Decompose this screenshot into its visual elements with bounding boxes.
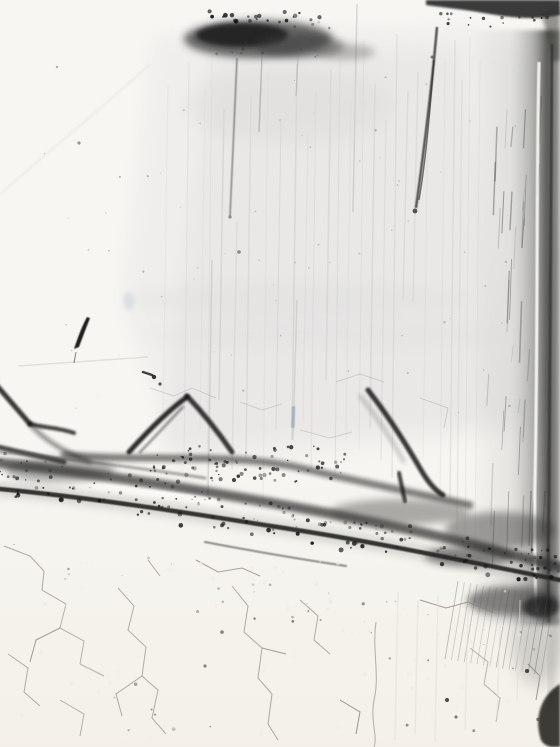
speckle-band — [259, 504, 261, 506]
speckle-band — [158, 505, 161, 508]
speckle-arch-base — [318, 460, 320, 462]
speckle-corner-edge — [439, 12, 442, 15]
speckle-band — [69, 486, 71, 488]
speckle-band — [436, 549, 439, 552]
speckle-band-dark — [178, 523, 183, 528]
speckle-field — [255, 210, 257, 212]
apex-dot-2 — [158, 382, 161, 385]
speckle-smudge — [314, 49, 316, 51]
speckle-band — [462, 541, 464, 543]
speckle-arch-base — [245, 452, 247, 454]
speckle-warm-bottom — [470, 640, 474, 644]
speckle-field — [98, 395, 99, 396]
speckle-band-dark — [59, 497, 64, 502]
speckle-band — [201, 491, 202, 492]
speckle-warm-bottom — [106, 675, 109, 678]
speckle-band — [361, 524, 363, 526]
speckle-band — [282, 507, 284, 509]
speckle-band — [194, 496, 196, 498]
speckle-band — [455, 555, 457, 557]
speckle-corner-edge — [450, 12, 453, 15]
speckle-arch-base — [211, 480, 213, 482]
speckle-arch-base — [321, 467, 323, 469]
speckle-smudge — [242, 47, 245, 50]
speckle-corner-edge — [468, 24, 470, 26]
speckle-field — [213, 351, 214, 352]
speckle-field — [425, 83, 427, 85]
speckle-bottom-dark — [291, 620, 294, 623]
speckle-field — [142, 270, 144, 272]
speckle-below-band — [484, 629, 485, 630]
speckle-field — [160, 173, 161, 174]
speckle-smudge — [328, 27, 331, 30]
speckle-corner-edge — [531, 16, 534, 19]
speckle-band — [204, 499, 206, 501]
speckle-field — [147, 175, 149, 177]
speckle-warm-bottom — [250, 566, 255, 571]
speckle-field — [294, 80, 295, 81]
speckle-top-edge — [248, 19, 251, 22]
speckle-warm-bottom — [43, 602, 47, 606]
speckle-band — [135, 485, 138, 488]
speckle-below-band — [364, 622, 365, 623]
speckle-below-band — [533, 648, 536, 651]
speckle-warm-bottom — [214, 605, 217, 608]
speckle-band — [380, 524, 384, 528]
speckle-warm-bottom — [336, 726, 340, 730]
speckle-band — [396, 546, 399, 549]
speckle-band-dark — [360, 544, 364, 548]
speckle-field — [329, 261, 331, 263]
speckle-band — [365, 522, 367, 524]
speckle-arch-base — [273, 447, 276, 450]
speckle-band — [391, 530, 394, 533]
speckle-top-edge — [257, 14, 261, 18]
speckle-warm-bottom — [293, 655, 296, 658]
speckle-band — [7, 475, 10, 478]
speckle-band — [245, 520, 248, 523]
speckle-arch-base — [193, 466, 197, 470]
speckle-field — [68, 217, 69, 218]
speckle-arch-base — [287, 460, 289, 462]
speckle-band-dark — [485, 572, 490, 577]
speckle-band-dark — [350, 547, 352, 549]
speckle-field — [294, 262, 296, 264]
speckle-top-edge — [278, 21, 281, 24]
speckle-field — [420, 163, 421, 164]
speckle-band — [292, 514, 294, 516]
speckle-corner-edge — [446, 12, 449, 15]
speckle-band — [380, 537, 384, 541]
speckle-field — [385, 76, 387, 78]
speckle-field — [483, 369, 484, 370]
speckle-smudge — [311, 39, 313, 41]
speckle-warm-bottom — [70, 681, 74, 685]
speckle-arch-base — [188, 450, 190, 452]
speckle-band-dark — [227, 527, 229, 529]
speckle-band-dark — [140, 510, 143, 513]
speckle-below-band — [253, 591, 254, 592]
stray-speck-7 — [431, 56, 434, 59]
speckle-band — [514, 548, 517, 551]
speckle-below-band — [64, 578, 66, 580]
speckle-arch-base — [157, 454, 158, 455]
speckle-band — [12, 475, 15, 478]
speckle-band — [25, 469, 28, 472]
speckle-band — [288, 507, 291, 510]
speckle-field — [309, 146, 311, 148]
stray-speck-5 — [455, 716, 458, 719]
speckle-band — [160, 507, 162, 509]
speckle-top-edge — [292, 16, 294, 18]
band-blob-left — [5, 458, 115, 482]
speckle-band — [488, 547, 491, 550]
speckle-field — [449, 318, 450, 319]
speckle-band — [208, 497, 210, 499]
speckle-field — [118, 355, 119, 356]
speckle-warm-bottom — [90, 566, 92, 568]
speckle-field — [180, 207, 181, 208]
speckle-warm-bottom — [108, 681, 112, 685]
speckle-arch-base — [165, 472, 167, 474]
speckle-arch-base — [262, 473, 266, 477]
speckle-arch-base — [222, 463, 226, 467]
speckle-bottom-dark — [512, 667, 514, 669]
speckle-warm-bottom — [456, 705, 459, 708]
speckle-warm-bottom — [410, 687, 413, 690]
speckle-bottom-dark — [154, 713, 156, 715]
speckle-below-band — [147, 557, 150, 560]
speckle-smudge — [231, 52, 233, 54]
speckle-arch-base — [208, 458, 211, 461]
speckle-band — [399, 538, 403, 542]
speckle-warm-bottom — [326, 607, 329, 610]
speckle-arch-base — [305, 454, 308, 457]
speckle-bottom-dark — [220, 630, 224, 634]
speckle-field — [242, 389, 244, 391]
speckle-band — [318, 522, 322, 526]
speckle-arch-base — [343, 458, 345, 460]
speckle-field — [317, 244, 319, 246]
speckle-band — [528, 553, 530, 555]
speckle-bottom-dark — [196, 610, 199, 613]
speckle-warm-bottom — [430, 713, 433, 716]
speckle-smudge — [214, 38, 216, 40]
speckle-arch-base — [271, 467, 275, 471]
speckle-field — [358, 253, 360, 255]
stray-speck-1 — [77, 141, 80, 144]
speckle-smudge — [261, 51, 264, 54]
speckle-field — [348, 370, 350, 372]
speckle-bottom-dark — [472, 729, 475, 732]
speckle-smudge — [272, 42, 274, 44]
speckle-smudge — [253, 30, 254, 31]
speckle-field — [464, 252, 465, 253]
speckle-band — [439, 547, 442, 550]
speckle-corner-edge — [470, 17, 472, 19]
speckle-field — [225, 253, 226, 254]
speckle-band-dark — [148, 512, 151, 515]
speckle-field — [505, 261, 507, 263]
speckle-arch-base — [244, 468, 247, 471]
speckle-arch-base — [316, 465, 320, 469]
speckle-smudge — [317, 54, 319, 56]
speckle-warm-bottom — [315, 581, 319, 585]
speckle-band — [375, 532, 378, 535]
speckle-below-band — [483, 644, 484, 645]
speckle-arch-base — [184, 461, 187, 464]
speckle-smudge — [311, 23, 314, 26]
speckle-band — [483, 549, 485, 551]
speckle-warm-bottom — [336, 561, 340, 565]
speckle-warm-bottom — [399, 614, 402, 617]
abstract-painting: monochrome abstract painting photograph — [0, 0, 560, 747]
speckle-arch-base — [259, 467, 262, 470]
speckle-below-band — [13, 544, 14, 545]
speckle-band — [257, 520, 258, 521]
speckle-field — [75, 139, 76, 140]
speckle-smudge — [215, 53, 218, 56]
speckle-band — [554, 555, 558, 559]
speckle-warm-bottom — [407, 671, 412, 676]
speckle-band — [323, 523, 327, 527]
speckle-band-dark — [98, 499, 102, 503]
speckle-field — [515, 125, 516, 126]
speckle-top-edge — [285, 19, 289, 23]
speckle-field — [275, 300, 276, 301]
speckle-arch-base — [162, 466, 165, 469]
speckle-band — [519, 564, 523, 568]
speckle-band-dark — [549, 575, 554, 580]
speckle-band — [217, 498, 221, 502]
speckle-arch-base — [321, 461, 325, 465]
speckle-top-edge — [210, 15, 214, 19]
stray-speck-3 — [237, 250, 241, 254]
speckle-warm-bottom — [503, 625, 505, 627]
speckle-bottom-dark — [253, 617, 255, 619]
speckle-smudge — [277, 25, 278, 26]
speckle-warm-bottom — [81, 588, 83, 590]
speckle-arch-base — [269, 472, 272, 475]
speckle-warm-bottom — [168, 568, 173, 573]
speckle-warm-bottom — [279, 649, 281, 651]
speckle-top-edge — [317, 15, 321, 19]
speckle-field — [161, 296, 163, 298]
speckle-arch-base — [189, 452, 193, 456]
speckle-warm-bottom — [328, 599, 332, 603]
speckle-smudge — [317, 21, 319, 23]
speckle-band — [384, 531, 387, 534]
speckle-field — [183, 109, 185, 111]
speckle-band-dark — [213, 526, 216, 529]
speckle-band — [167, 505, 170, 508]
speckle-band — [293, 518, 295, 520]
speckle-arch-base — [216, 465, 219, 468]
speckle-corner-edge — [518, 16, 521, 19]
stray-speck-6 — [525, 669, 529, 673]
speckle-arch-base — [210, 449, 212, 451]
speckle-band — [20, 462, 22, 464]
speckle-band — [329, 521, 331, 523]
speckle-arch-base — [198, 445, 201, 448]
speckle-band — [420, 550, 422, 552]
speckle-band — [408, 524, 412, 528]
speckle-bottom-dark — [114, 697, 116, 699]
speckle-arch-base — [172, 459, 175, 462]
speckle-field — [273, 285, 274, 286]
speckle-field — [119, 176, 121, 178]
speckle-field — [105, 212, 106, 213]
speckle-below-band — [122, 575, 123, 576]
speckle-band — [139, 478, 143, 482]
speckle-band — [119, 491, 123, 495]
speckle-below-band — [68, 573, 70, 575]
speckle-band — [409, 530, 412, 533]
speckle-arch-base — [219, 477, 223, 481]
speckle-warm-bottom — [274, 566, 277, 569]
speckle-smudge — [293, 25, 296, 28]
speckle-field — [359, 160, 361, 162]
speckle-bottom-dark — [151, 709, 153, 711]
speckle-field — [501, 322, 502, 323]
speckle-below-band — [306, 603, 307, 604]
speckle-top-edge — [266, 19, 268, 21]
speckle-field — [302, 135, 303, 136]
speckle-top-edge — [208, 9, 212, 13]
speckle-band-dark — [17, 490, 20, 493]
speckle-warm-bottom — [443, 665, 446, 668]
speckle-band — [521, 553, 522, 554]
faint-horizontal-wash-2 — [140, 321, 500, 349]
speckle-warm-bottom — [39, 650, 44, 655]
speckle-arch-base — [287, 446, 290, 449]
speckle-band-dark — [523, 577, 527, 581]
speckle-band — [533, 556, 536, 559]
speckle-band — [541, 550, 542, 551]
speckle-band — [295, 526, 297, 528]
speckle-smudge — [297, 41, 299, 43]
speckle-band-dark — [296, 532, 300, 536]
speckle-arch-base — [252, 455, 256, 459]
artwork-photo: monochrome abstract painting photograph — [0, 0, 560, 747]
speckle-below-band — [171, 564, 172, 565]
speckle-arch-base — [176, 480, 180, 484]
speckle-band — [403, 538, 406, 541]
speckle-top-edge — [247, 15, 249, 17]
speckle-bottom-dark — [389, 657, 391, 659]
speckle-arch-base — [153, 465, 155, 467]
speckle-field — [314, 113, 315, 114]
speckle-arch-base — [343, 453, 346, 456]
speckle-band-dark — [311, 542, 314, 545]
speckle-field — [401, 335, 403, 337]
speckle-corner-edge — [533, 19, 536, 22]
speckle-warm-bottom — [263, 580, 268, 585]
speckle-field — [398, 180, 400, 182]
speckle-band — [175, 498, 177, 500]
speckle-below-band — [291, 616, 294, 619]
speckle-band — [536, 567, 539, 570]
speckle-bottom-dark — [172, 727, 176, 731]
speckle-warm-bottom — [116, 670, 119, 673]
speckle-band — [191, 499, 193, 501]
speckle-band — [375, 528, 376, 529]
speckle-band — [443, 546, 446, 549]
speckle-warm-bottom — [211, 576, 216, 581]
speckle-field — [407, 220, 409, 222]
speckle-warm-bottom — [263, 670, 266, 673]
speckle-band — [93, 482, 95, 484]
speckle-band — [253, 518, 254, 519]
speckle-band — [409, 537, 411, 539]
speckle-arch-base — [236, 462, 237, 463]
faint-horizontal-wash-1 — [130, 282, 470, 318]
speckle-arch-base — [215, 470, 217, 472]
speckle-below-band — [328, 592, 330, 594]
speckle-band — [510, 561, 513, 564]
speckle-below-band — [371, 632, 372, 633]
speckle-warm-bottom — [351, 632, 354, 635]
speckle-field — [44, 153, 45, 154]
speckle-smudge — [244, 40, 247, 43]
speckle-band — [531, 564, 533, 566]
speckle-band — [37, 479, 40, 482]
speckle-arch-base — [289, 445, 293, 449]
speckle-smudge — [264, 26, 266, 28]
speckle-field — [55, 426, 57, 428]
speckle-band — [553, 562, 556, 565]
speckle-band-dark — [177, 512, 182, 517]
speckle-band-dark — [483, 564, 487, 568]
speckle-band — [343, 521, 347, 525]
stray-speck-4 — [445, 698, 449, 702]
speckle-below-band — [252, 583, 255, 586]
speckle-band — [539, 556, 542, 559]
speckle-smudge — [266, 31, 268, 33]
speckle-arch-base — [180, 456, 182, 458]
speckle-band — [15, 476, 19, 480]
speckle-band — [108, 491, 110, 493]
speckle-arch-base — [156, 478, 159, 481]
speckle-band — [1, 474, 3, 476]
speckle-smudge — [278, 35, 280, 37]
speckle-band — [348, 526, 351, 529]
speckle-band — [466, 536, 470, 540]
drip-end-dot — [228, 215, 231, 218]
speckle-band — [25, 479, 26, 480]
speckle-field — [279, 119, 281, 121]
speckle-warm-bottom — [97, 690, 101, 694]
speckle-warm-bottom — [20, 713, 24, 717]
speckle-warm-bottom — [504, 590, 507, 593]
speckle-band — [531, 548, 534, 551]
speckle-field — [507, 215, 508, 216]
speckle-band-dark — [273, 532, 275, 534]
speckle-band-dark — [440, 562, 444, 566]
speckle-band — [48, 469, 51, 472]
speckle-band — [128, 473, 132, 477]
speckle-band — [171, 485, 175, 489]
speckle-arch-base — [184, 473, 188, 477]
speckle-band — [44, 461, 46, 463]
speckle-band — [548, 568, 551, 571]
speckle-arch-base — [307, 469, 310, 472]
speckle-below-band — [222, 601, 224, 603]
speckle-band — [306, 518, 310, 522]
apex-dot-1 — [152, 375, 156, 379]
speckle-band-dark — [465, 559, 468, 562]
speckle-arch-base — [223, 460, 226, 463]
